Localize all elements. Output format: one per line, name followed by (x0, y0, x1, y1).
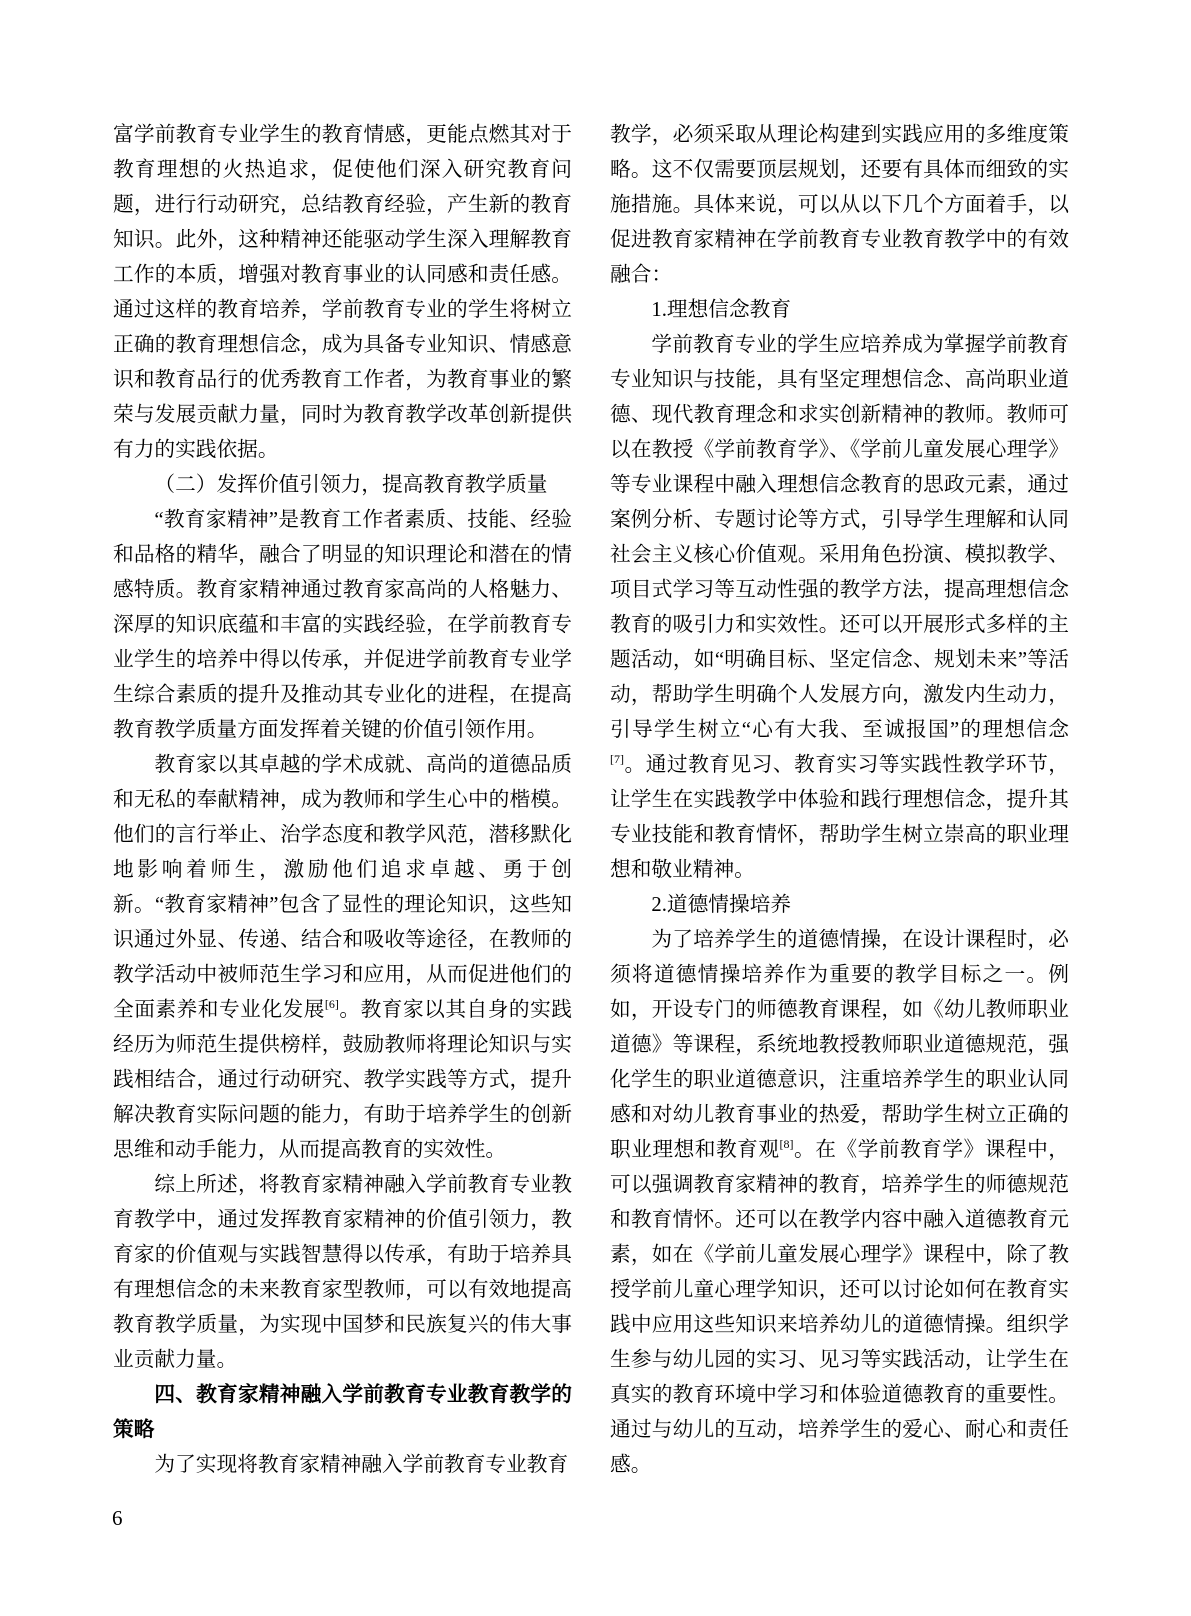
citation-ref: [8] (780, 1137, 794, 1151)
paragraph: 富学前教育专业学生的教育情感，更能点燃其对于教育理想的火热追求，促使他们深入研究… (113, 118, 572, 468)
paragraph: 教学，必须采取从理论构建到实践应用的多维度策略。这不仅需要顶层规划，还要有具体而… (610, 118, 1069, 293)
paragraph: “教育家精神”是教育工作者素质、技能、经验和品格的精华，融合了明显的知识理论和潜… (113, 503, 572, 748)
citation-ref: [6] (325, 997, 339, 1011)
paragraph: 1.理想信念教育 (610, 293, 1069, 328)
paragraph: 学前教育专业的学生应培养成为掌握学前教育专业知识与技能，具有坚定理想信念、高尚职… (610, 328, 1069, 888)
right-column: 教学，必须采取从理论构建到实践应用的多维度策略。这不仅需要顶层规划，还要有具体而… (610, 118, 1069, 1483)
document-page: 富学前教育专业学生的教育情感，更能点燃其对于教育理想的火热追求，促使他们深入研究… (0, 0, 1191, 1616)
page-number: 6 (112, 1503, 123, 1533)
citation-ref: [7] (610, 752, 624, 766)
paragraph: 2.道德情操培养 (610, 888, 1069, 923)
section-heading: 四、教育家精神融入学前教育专业教育教学的策略 (113, 1378, 572, 1448)
paragraph: 为了培养学生的道德情操，在设计课程时，必须将道德情操培养作为重要的教学目标之一。… (610, 923, 1069, 1483)
paragraph: 综上所述，将教育家精神融入学前教育专业教育教学中，通过发挥教育家精神的价值引领力… (113, 1168, 572, 1378)
text-columns: 富学前教育专业学生的教育情感，更能点燃其对于教育理想的火热追求，促使他们深入研究… (113, 118, 1069, 1483)
paragraph: 为了实现将教育家精神融入学前教育专业教育 (113, 1448, 572, 1483)
paragraph: （二）发挥价值引领力，提高教育教学质量 (113, 468, 572, 503)
paragraph: 教育家以其卓越的学术成就、高尚的道德品质和无私的奉献精神，成为教师和学生心中的楷… (113, 748, 572, 1168)
left-column: 富学前教育专业学生的教育情感，更能点燃其对于教育理想的火热追求，促使他们深入研究… (113, 118, 572, 1483)
